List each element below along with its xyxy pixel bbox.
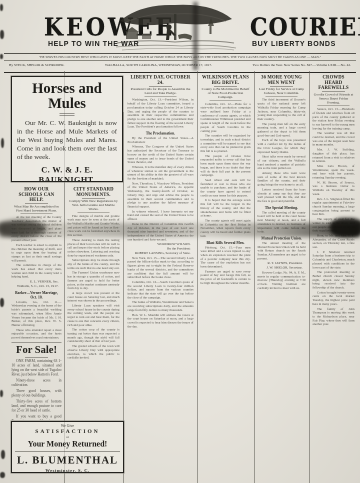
- column-1-subheadline-2: Barker—Verner Marriage, Oct. 10.: [12, 290, 62, 299]
- body-paragraph: Hon. W. L. Mauldin will address the vote…: [128, 313, 194, 328]
- column-5-subheadline-2: The Special Meeting.: [258, 205, 306, 210]
- body-paragraph: It is hoped that the acreage sown this f…: [201, 199, 251, 218]
- divider: [60, 114, 75, 116]
- column-rule: [197, 71, 198, 483]
- body-paragraph: The annual meeting of the Mutual Protect…: [258, 241, 306, 260]
- body-paragraph: The cotton crop of the county is turning…: [68, 328, 120, 343]
- scan-smudge: [0, 223, 360, 237]
- body-paragraph: The family of John Thompson is moving th…: [313, 307, 355, 326]
- body-paragraph: The young men left on the early morning …: [258, 122, 306, 137]
- blumenthal-or: or: [12, 435, 123, 439]
- body-paragraph: Farmers are urged to save every pound of…: [201, 270, 251, 285]
- column-1-signatures: E. L. VERNER, Sec.Walhalla, S. C., Oct. …: [12, 280, 62, 288]
- column-5-body-4: Keowee Lodge, No. 94, A. F. M., meets in…: [258, 271, 306, 290]
- divider: [266, 96, 298, 97]
- body-paragraph: Rev. J. L. Singleton filled his regular …: [313, 197, 355, 216]
- body-paragraph: Subscriptions may be made through any of…: [68, 259, 120, 271]
- column-2-subhead: Comply With New Regulations by Wal- hall…: [69, 199, 119, 211]
- column-5-body: The third increment of Oconee's quota of…: [258, 98, 306, 203]
- column-4-subhead: County to Be Mobilized in Behalf of Stat…: [202, 87, 250, 99]
- body-paragraph: Letters received from the boys already a…: [258, 188, 306, 203]
- body-paragraph: The graded schools of the town will obse…: [68, 345, 120, 360]
- column-6-subhead: Goodly Crowd of Friends at Seneca Depot …: [314, 92, 354, 104]
- ad-horses-body: Our Mr. C. W. Bauknight is now in the Ho…: [17, 119, 117, 162]
- body-paragraph: Washington, Oct. 13.—President Wilson, i…: [128, 98, 194, 129]
- body-paragraph: Short talks were made by several of our …: [258, 155, 306, 170]
- body-paragraph: Each of the boys was presented with a co…: [258, 139, 306, 154]
- news-column-3: LIBERTY DAY, OCTOBER 24. President Calls…: [126, 71, 195, 483]
- column-rule: [309, 71, 310, 483]
- column-5-body-3: The annual meeting of the Mutual Protect…: [258, 241, 306, 260]
- divider: [145, 96, 177, 97]
- slogan-buy-liberty-bonds: BUY LIBERTY BONDS: [252, 41, 336, 48]
- body-paragraph: The Farmers' Union warehouse now has in …: [68, 271, 120, 290]
- divider: [21, 213, 53, 214]
- signature-line: E. L. VERNER, Sec.: [15, 280, 59, 284]
- news-column-1: HOW OUR SCHOOLS CAN HELP. What May Be Ac…: [10, 183, 63, 420]
- signature-line: WOODROW WILSON.: [131, 243, 191, 247]
- divider: [318, 106, 350, 107]
- body-paragraph: A large crowd was present at the court h…: [68, 291, 120, 303]
- body-paragraph: The people of Oconee have responded nobl…: [201, 154, 251, 177]
- column-5-subhead: Last Friday for Service at Camp Jackson,…: [259, 87, 305, 95]
- body-paragraph: Seneca, Oct. 15.—Hundreds of friends and…: [313, 108, 355, 131]
- blumenthal-city: Westminster, S. C.: [12, 468, 123, 473]
- body-paragraph: Those who attended report a most enjoyab…: [12, 328, 62, 340]
- body-paragraph: Among those who went were sons of some o…: [258, 172, 306, 187]
- column-5-headline: 36 MORE YOUNG MEN WENT: [259, 75, 305, 86]
- blumenthal-satisfaction: SATISFACTION: [12, 429, 123, 435]
- column-4-body-2: Pittsburg, Oct. 15.—Four men were killed…: [201, 246, 251, 286]
- body-paragraph: Whereas, The Congress of the United Stat…: [128, 145, 194, 164]
- column-3-body: Washington, Oct. 13.—President Wilson, i…: [128, 98, 194, 129]
- signature-line: R. T. JAYNES, President.: [261, 262, 303, 266]
- body-paragraph: Lavonia, Ga., Oct. 11.—Wednesday evening…: [12, 300, 62, 327]
- issue-number: Two Dollars the Year. New Series No. 847…: [253, 63, 351, 67]
- newspaper-page: KEOWEE COURIER. HELP TO WIN THE WAR BUY …: [0, 0, 360, 483]
- column-4-subheadline-2: Blast Kills Several Men.: [201, 240, 251, 245]
- body-paragraph: Liberty Loan speakers will visit every s…: [68, 304, 120, 327]
- for-sale-paragraph: ONE FARM, containing 63 1-10 acres of la…: [12, 358, 62, 376]
- column-3-subheadline-2: The Proclamation.: [128, 131, 194, 136]
- signature-line: Walhalla, S. C., Oct. 15, 1917.: [15, 284, 59, 288]
- ad-horses-and-mules: Horses and Mules Our Mr. C. W. Bauknight…: [11, 76, 123, 182]
- body-paragraph: Mrs. J. W. Stribling, daughter of this p…: [313, 148, 355, 163]
- body-paragraph: The weather was all that could be desire…: [313, 132, 355, 147]
- signature-line: ROBERT LANSING, Secretary of State.: [131, 251, 191, 255]
- dateline-place-date: WALHALLA, SOUTH CAROLINA, WEDNESDAY, OCT…: [105, 63, 212, 67]
- column-4-body: Columbia, Oct. 12.—Plans for a state-wid…: [201, 102, 251, 238]
- body-paragraph: The third increment of Oconee's quota of…: [258, 98, 306, 121]
- masthead-title-courier: COURIER.: [250, 13, 360, 42]
- ad-blumenthal: We Give SATISFACTION or Your Money Retur…: [11, 421, 124, 473]
- body-paragraph: W. M. Brown, of Seneca, was a business v…: [313, 181, 355, 196]
- column-3-signatures: WOODROW WILSON.By the President:ROBERT L…: [128, 243, 194, 256]
- news-column-5: 36 MORE YOUNG MEN WENT Last Friday for S…: [256, 71, 307, 483]
- body-paragraph: The banks of Walhalla, Westminster and S…: [128, 301, 194, 313]
- body-paragraph: Pittsburg, Oct. 15.—Four men were killed…: [201, 246, 251, 269]
- body-paragraph: The counties will be organized by townsh…: [201, 134, 251, 153]
- body-paragraph: By the President of the United States—A …: [128, 137, 194, 145]
- ad-horses-firm: C. W. & J. E. BAUKNIGHT,: [17, 165, 117, 182]
- body-paragraph: Keowee Lodge, No. 94, A. F. M., meets in…: [258, 271, 306, 290]
- body-paragraph: Cotton brought twenty-seven cents on the…: [313, 291, 355, 306]
- for-sale-paragraph: If you want to buy a good Farm at a reas…: [12, 414, 62, 420]
- scan-smudge: [330, 218, 360, 237]
- column-3-headline: LIBERTY DAY, OCTOBER 24.: [129, 75, 193, 86]
- for-sale-paragraph: Ninety-three acres in cultivation.: [12, 378, 62, 387]
- for-sale-paragraph: Thirty-five acres of bottom land, and en…: [12, 399, 62, 413]
- blumenthal-we-give: We Give: [12, 424, 123, 429]
- body-paragraph: Now, Therefore, I, Woodrow Wilson, Presi…: [128, 182, 194, 209]
- body-paragraph: Seed wheat and oats will be furnished at…: [201, 178, 251, 197]
- body-paragraph: The committee in charge of the work has …: [12, 264, 62, 279]
- column-1-headline: HOW OUR SCHOOLS CAN HELP.: [13, 187, 61, 203]
- body-paragraph: J. P. Smeltzer returned Saturday from a …: [313, 250, 355, 269]
- body-paragraph: New York, Oct. 15.—The second Liberty Lo…: [128, 256, 194, 279]
- body-paragraph: Whereas, It is the manifest duty of ever…: [128, 165, 194, 180]
- publisher-line: By STECK, SHELOR & SCHRODER.: [9, 63, 64, 67]
- news-column-6: CROWDS HEARD FAREWELLS Goodly Crowd of F…: [311, 71, 356, 483]
- column-6-headline: CROWDS HEARD FAREWELLS: [314, 75, 354, 91]
- divider: [210, 100, 242, 101]
- body-paragraph: Columbia, Oct. 16.—South Carolina's quot…: [128, 280, 194, 299]
- signature-line: By the President:: [131, 247, 191, 251]
- divider: [78, 212, 110, 213]
- news-column-2: CITY STANDARD MONUMENTS. Comply With New…: [66, 183, 121, 420]
- body-paragraph: Columbia, Oct. 12.—Plans for a state-wid…: [201, 102, 251, 133]
- divider: [12, 342, 62, 343]
- body-paragraph: Each teacher is asked to explain to the …: [12, 243, 62, 262]
- slogan-help-win-war: HELP TO WIN THE WAR: [48, 41, 139, 48]
- for-sale-paragraph: Three good houses, with plenty of out-bu…: [12, 388, 62, 397]
- column-1-subhead: What May Be Accomplished by First Hand I…: [13, 204, 61, 212]
- blumenthal-name: L. BLUMENTHAL: [12, 454, 123, 467]
- ad-horses-title: Horses and Mules: [17, 81, 117, 111]
- body-paragraph: In witness whereof, I have hereunto set …: [128, 210, 194, 222]
- ad-for-sale-body: ONE FARM, containing 63 1-10 acres of la…: [12, 358, 62, 420]
- column-4-headline: WILKINSON PLANS BIG DRIVE.: [202, 75, 250, 86]
- scan-artifact: [0, 4, 3, 11]
- scan-artifact: [0, 30, 4, 39]
- body-paragraph: The protracted meeting at Bethel church …: [313, 271, 355, 290]
- column-1-body-2: Lavonia, Ga., Oct. 11.—Wednesday evening…: [12, 300, 62, 340]
- column-3-body-2: New York, Oct. 15.—The second Liberty Lo…: [128, 256, 194, 328]
- body-paragraph: Miss Lula Brown, of Westminster, spent t…: [313, 164, 355, 179]
- column-3-subhead: President Calls for People to Assemble t…: [129, 87, 193, 95]
- page-content: Horses and Mules Our Mr. C. W. Bauknight…: [0, 71, 360, 483]
- scan-artifact: [0, 54, 3, 59]
- column-2-headline: CITY STANDARD MONUMENTS.: [69, 187, 119, 198]
- ad-for-sale-title: For Sale!: [12, 344, 62, 356]
- body-paragraph: Those desiring to mark the resting place…: [68, 238, 120, 257]
- column-rule: [254, 71, 255, 483]
- signature-line: J. W. SHELOR, Secretary.: [261, 266, 303, 270]
- news-column-4: WILKINSON PLANS BIG DRIVE. County to Be …: [199, 71, 252, 483]
- column-5-signatures: R. T. JAYNES, President.J. W. SHELOR, Se…: [258, 262, 306, 270]
- blumenthal-money-returned: Your Money Returned!: [15, 440, 120, 452]
